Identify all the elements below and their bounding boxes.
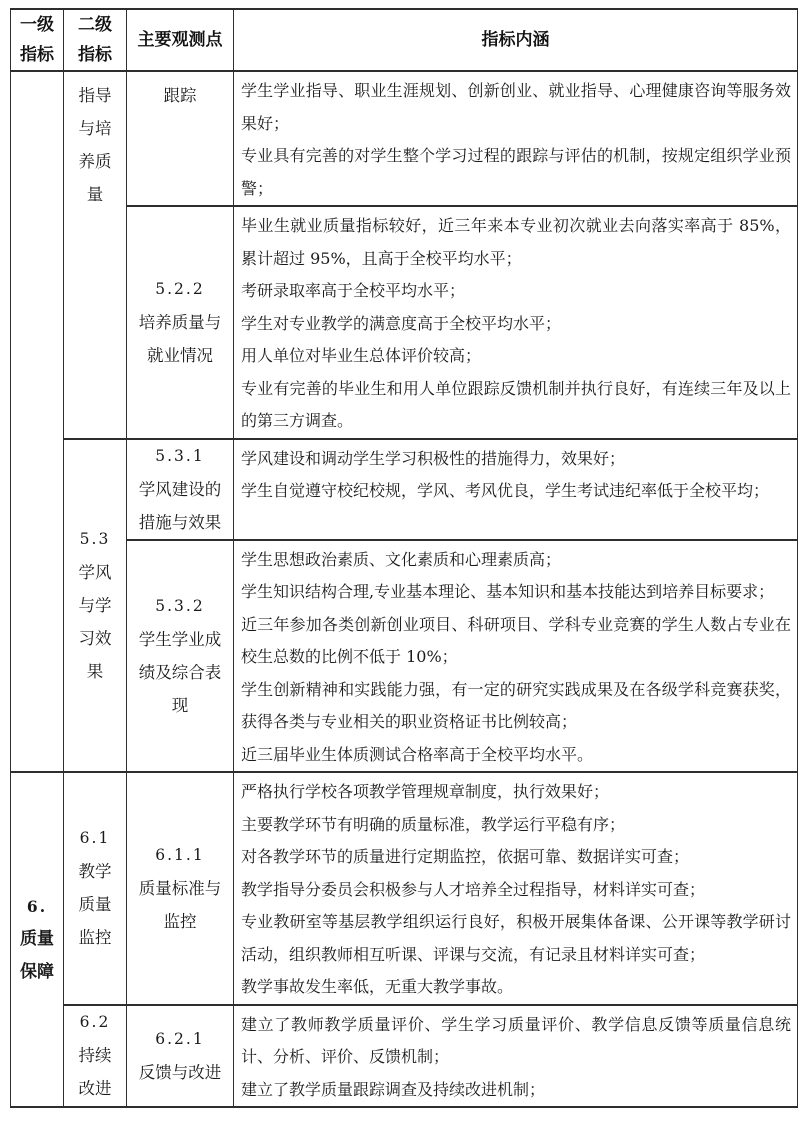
connotation-paragraph: 主要教学环节有明确的质量标准，教学运行平稳有序； (241, 809, 791, 842)
connotation-paragraph: 学生对专业教学的满意度高于全校平均水平； (241, 308, 791, 341)
level2-cell-6-2: 6.2 持续改进 (64, 1005, 127, 1108)
connotation-paragraph: 学生自觉遵守校纪校规，学风、考风优良，学生考试违纪率低于全校平均； (241, 475, 791, 508)
header-connotation: 指标内涵 (234, 9, 798, 71)
indicator-table: 一级指标 二级指标 主要观测点 指标内涵 指导与培养质量 跟踪 学生学业指导、职… (10, 8, 798, 1108)
obs-number: 6.2.1 (127, 1023, 233, 1056)
level2-label: 持续改进 (77, 1039, 114, 1105)
connotation-paragraph: 建立了教学质量跟踪调查及持续改进机制； (241, 1074, 791, 1107)
row-5-2-2: 5.2.2 培养质量与就业情况 毕业生就业质量指标较好，近三年来本专业初次就业去… (11, 206, 798, 439)
connotation-paragraph: 考研录取率高于全校平均水平； (241, 275, 791, 308)
connotation-paragraph: 近三年参加各类创新创业项目、科研项目、学科专业竞赛的学生人数占专业在校生总数的比… (241, 609, 791, 674)
level2-number: 6.2 (64, 1006, 126, 1039)
level1-number: 6. (11, 890, 63, 923)
obs-label: 质量标准与监控 (137, 872, 223, 938)
connotation-paragraph: 毕业生就业质量指标较好，近三年来本专业初次就业去向落实率高于 85%，累计超过 … (241, 210, 791, 275)
header-level2: 二级指标 (64, 9, 127, 71)
obs-number: 5.3.2 (127, 590, 233, 623)
level2-label: 指导与培养质量 (77, 79, 114, 211)
obs-label: 跟踪 (127, 79, 233, 112)
level2-cell-guidance-quality: 指导与培养质量 (64, 71, 127, 439)
connotation-paragraph: 对各教学环节的质量进行定期监控，依据可靠、数据详实可查； (241, 841, 791, 874)
connotation-paragraph: 学生思想政治素质、文化素质和心理素质高； (241, 544, 791, 577)
obs-cell-tracking: 跟踪 (127, 71, 234, 206)
obs-cell-5-3-2: 5.3.2 学生学业成绩及综合表现 (127, 540, 234, 773)
obs-cell-6-2-1: 6.2.1 反馈与改进 (127, 1005, 234, 1108)
connotation-paragraph: 用人单位对毕业生总体评价较高； (241, 340, 791, 373)
connotation-paragraph: 学生学业指导、职业生涯规划、创新创业、就业指导、心理健康咨询等服务效果好； (241, 75, 791, 140)
level1-cell-empty (11, 71, 64, 772)
connotation-paragraph: 学生知识结构合理,专业基本理论、基本知识和基本技能达到培养目标要求； (241, 576, 791, 609)
level2-cell-5-3: 5.3 学风与学习效果 (64, 439, 127, 773)
connotation-paragraph: 近三届毕业生体质测试合格率高于全校平均水平。 (241, 739, 791, 772)
connotation-cell-6-2-1: 建立了教师教学质量评价、学生学习质量评价、教学信息反馈等质量信息统计、分析、评价… (234, 1005, 798, 1108)
connotation-paragraph: 严格执行学校各项教学管理规章制度，执行效果好； (241, 776, 791, 809)
level2-label: 学风与学习效果 (77, 556, 114, 688)
connotation-cell-5-3-2: 学生思想政治素质、文化素质和心理素质高； 学生知识结构合理,专业基本理论、基本知… (234, 540, 798, 773)
row-5-2-1-tracking: 指导与培养质量 跟踪 学生学业指导、职业生涯规划、创新创业、就业指导、心理健康咨… (11, 71, 798, 206)
obs-number: 6.1.1 (127, 839, 233, 872)
connotation-cell-5-3-1: 学风建设和调动学生学习积极性的措施得力，效果好； 学生自觉遵守校纪校规，学风、考… (234, 439, 798, 540)
level1-label: 质量保障 (19, 923, 56, 989)
row-6-2-1: 6.2 持续改进 6.2.1 反馈与改进 建立了教师教学质量评价、学生学习质量评… (11, 1005, 798, 1108)
header-row: 一级指标 二级指标 主要观测点 指标内涵 (11, 9, 798, 71)
obs-cell-5-3-1: 5.3.1 学风建设的措施与效果 (127, 439, 234, 540)
obs-label: 学风建设的措施与效果 (137, 473, 223, 539)
connotation-paragraph: 学风建设和调动学生学习积极性的措施得力，效果好； (241, 443, 791, 476)
connotation-paragraph: 教学事故发生率低，无重大教学事故。 (241, 971, 791, 1004)
header-level1: 一级指标 (11, 9, 64, 71)
row-6-1-1: 6. 质量保障 6.1 教学质量监控 6.1.1 质量标准与监控 严格执行学校各… (11, 772, 798, 1005)
obs-number: 5.3.1 (127, 440, 233, 473)
connotation-cell-5-2-2: 毕业生就业质量指标较好，近三年来本专业初次就业去向落实率高于 85%，累计超过 … (234, 206, 798, 439)
connotation-cell-6-1-1: 严格执行学校各项教学管理规章制度，执行效果好； 主要教学环节有明确的质量标准，教… (234, 772, 798, 1005)
obs-cell-6-1-1: 6.1.1 质量标准与监控 (127, 772, 234, 1005)
level2-number: 5.3 (64, 523, 126, 556)
obs-label: 反馈与改进 (137, 1056, 223, 1089)
obs-number: 5.2.2 (127, 273, 233, 306)
connotation-cell-tracking: 学生学业指导、职业生涯规划、创新创业、就业指导、心理健康咨询等服务效果好； 专业… (234, 71, 798, 206)
obs-label: 培养质量与就业情况 (137, 306, 223, 372)
connotation-paragraph: 专业教研室等基层教学组织运行良好，积极开展集体备课、公开课等教学研讨活动，组织教… (241, 906, 791, 971)
row-5-3-1: 5.3 学风与学习效果 5.3.1 学风建设的措施与效果 学风建设和调动学生学习… (11, 439, 798, 540)
level1-cell-quality-assurance: 6. 质量保障 (11, 772, 64, 1107)
level2-number: 6.1 (64, 822, 126, 855)
row-5-3-2: 5.3.2 学生学业成绩及综合表现 学生思想政治素质、文化素质和心理素质高； 学… (11, 540, 798, 773)
connotation-paragraph: 学生创新精神和实践能力强，有一定的研究实践成果及在各级学科竞赛获奖，获得各类与专… (241, 674, 791, 739)
connotation-paragraph: 专业有完善的毕业生和用人单位跟踪反馈机制并执行良好，有连续三年及以上的第三方调查… (241, 373, 791, 438)
header-level1-label: 一级指标 (19, 10, 56, 70)
header-observation: 主要观测点 (127, 9, 234, 71)
connotation-paragraph: 教学指导分委员会积极参与人才培养全过程指导，材料详实可查； (241, 874, 791, 907)
obs-label: 学生学业成绩及综合表现 (137, 623, 223, 722)
level2-label: 教学质量监控 (77, 855, 114, 954)
level2-cell-6-1: 6.1 教学质量监控 (64, 772, 127, 1005)
header-level2-label: 二级指标 (77, 10, 114, 70)
connotation-paragraph: 建立了教师教学质量评价、学生学习质量评价、教学信息反馈等质量信息统计、分析、评价… (241, 1009, 791, 1074)
connotation-paragraph: 专业具有完善的对学生整个学习过程的跟踪与评估的机制，按规定组织学业预警； (241, 140, 791, 205)
obs-cell-5-2-2: 5.2.2 培养质量与就业情况 (127, 206, 234, 439)
